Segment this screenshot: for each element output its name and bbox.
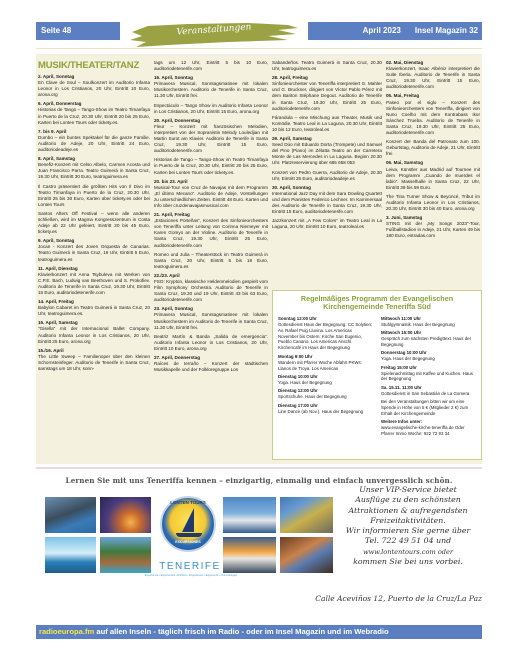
photo-clouds-sunset [222,536,277,574]
schedule-activity: Gespräch zum nächsten Predigttext. Haus … [381,336,471,347]
schedule-activity: Gottesdienst in San Sebastián de La Gome… [381,391,469,396]
boat-hull-icon [176,533,202,537]
event-description: Historias de Tango – Tango-Show im Teatr… [154,157,268,175]
vip-line: Wir informieren Sie gerne über [334,526,482,536]
sailboat-icon [182,508,194,532]
photo-pool-resort [99,536,152,574]
event-description: tags um 12 Uhr, Eintritt 5 bis 10 Euro, … [154,60,268,72]
event-description: FSO: Krypton, klassische Heldenmelodien … [154,279,268,303]
phone-line: Tel. 722 49 51 04 und [334,536,482,546]
event-item: 22./23. AprilFSO: Krypton, klassische He… [154,273,268,303]
event-item: 9. April, SonntagJocan - Konzert des Jov… [38,238,150,262]
event-item: 02. Mai, DienstagKlavierkonzert, Isaac A… [386,60,480,90]
event-description: Konzert der Banda del Patronato zum 100.… [386,139,480,157]
page-header: Seite 48 Veranstaltungen April 2023Insel… [36,22,482,42]
vip-line: Freizeitaktivitäten. [334,516,482,526]
event-item: 21. April, Freitag„Estaciones Porteñas“,… [154,212,268,249]
website-line[interactable]: www.lontentours.com oder [334,547,482,557]
event-item: Romeo und Julia – Theaterstück im Teatro… [154,252,268,270]
schedule-activity: Gottesdienst Haus der Begegnung: CC Soly… [278,322,372,351]
radio-footer-banner: radioeuropa.fm auf allen Inseln - täglic… [36,625,482,639]
event-description: Raíces de terraño – Konzert der städtisc… [154,361,268,373]
event-item: 8. April, SamstagBenefiz-Konzert mit Cel… [38,156,150,180]
schedule-activity: www.evangelische-kirche-teneriffa.de Ode… [381,425,465,436]
event-description: International Jazz Day mit dem Sara Dowl… [272,191,382,215]
event-list: 02. Mai, DienstagKlavierkonzert, Isaac A… [386,60,480,240]
schedule-activity: Stuhlgymnastik. Haus der Begegnung [381,322,455,327]
event-item: 11. April, DienstagKlavierkonzert mit An… [38,266,150,296]
event-description: Leiva, Künstler aus Madrid auf Tournee m… [386,167,480,191]
photo-paraglider-sunset [99,496,152,534]
event-description: „Estaciones Porteñas“, Konzert des Sinfo… [154,218,268,248]
church-schedule-item: Sonntag 12:00 UhrGottesdienst Haus der B… [278,316,373,351]
church-schedule-left: Sonntag 12:00 UhrGottesdienst Haus der B… [278,316,373,440]
column-1: MUSIK/THEATER/TANZ 2. April, SonntagEn C… [36,60,150,375]
church-schedule-item: Weitere Infos unter:www.evangelische-kir… [381,419,476,437]
event-description: Sinfonieorchester von Teneriffa interpre… [272,81,382,111]
event-item: 3. Juni, SamstagSTING mit der „My Songs … [386,215,480,239]
event-description: Sabandeños. Teatro Guimerá in Santa Cruz… [272,60,382,72]
event-item: The Tina Turner Show & Beyoncé, Tribut i… [386,194,480,212]
section-title: MUSIK/THEATER/TANZ [38,60,150,72]
vip-line: Ausflüge zu den schönsten [334,495,482,505]
event-item: Konzert der Banda del Patronato zum 100.… [386,139,480,157]
column-2: tags um 12 Uhr, Eintritt 5 bis 10 Euro, … [154,60,268,376]
event-item: 15. April, Samstag"Gisella" mit der Inte… [38,320,150,344]
event-item: 20. April, DonnerstagFleur – Konzert mit… [154,118,268,155]
lonten-tours-logo: LONTEN TOURS EXCURSIONES [160,496,216,552]
event-description: Historias de Tango – Tango-Show im Teatr… [38,107,150,125]
church-schedule-item: Dienstag 17:00 UhrLine Dance (ab Nov.). … [278,403,373,415]
event-description: Jocan - Konzert des Joven Orquesta de Ca… [38,244,150,262]
church-schedule-item: Dienstag 10:00 UhrYoga. Haus der Begegnu… [278,374,373,386]
event-item: Il Castro präsentiert die größten Hits v… [38,184,150,208]
event-item: 06. Mai, SamstagLeiva, Künstler aus Madr… [386,160,480,190]
schedule-activity: Wandern mit Pfarrer Woche Abfahrt PKWs: … [278,360,362,371]
event-item: 15./16. AprilThe Little Sweep – Familien… [38,348,150,372]
issue-info: April 2023Insel Magazin 32 [308,22,482,40]
vip-service-text: Unser VIP-Service bietet Ausflüge zu den… [334,485,482,567]
church-schedule-item: Donnerstag 10:00 UhrYoga. Haus der Begeg… [381,350,476,362]
event-item: 28. April, FreitagSinfonieorchester von … [272,75,382,112]
event-item: Konzert von Pedro Guerra, Auditorio de A… [272,170,382,182]
event-description: Santos Afters Off Festival – wenn alle a… [38,211,150,235]
event-item: 23. April, SonntagPrimavera Musical, Son… [154,306,268,330]
event-description: STING mit der „My Songs 2023“-Tour, Fußb… [386,221,480,239]
church-schedule-item: Freitag 15:00 UhrSpielenachmittag mit Ka… [381,365,476,383]
section-banner: Veranstaltungen [128,20,300,48]
photo-wave-splash [44,536,97,574]
header-divider [36,48,482,49]
event-description: "Gisella" mit der Internacional Ballet C… [38,326,150,344]
magazine-name: Insel Magazin 32 [415,26,478,35]
photo-jetski-coast [44,496,97,534]
church-schedule-item: Mittwoch 11:00 UhrStuhlgymnastik. Haus d… [381,316,476,328]
church-schedule-item: Mittwoch 15:00 UhrGespräch zum nächsten … [381,330,476,348]
church-schedule-right: Mittwoch 11:00 UhrStuhlgymnastik. Haus d… [381,316,476,440]
event-description: Klavierkonzert, Isaac Albéniz interpreti… [386,66,480,90]
event-item: Beatriz Martín & Banda „Salida de emerge… [154,334,268,352]
event-list: 2. April, SonntagEn Clave de Soul – Soul… [38,74,150,372]
column-3: Sabandeños. Teatro Guimerá in Santa Cruz… [272,60,382,233]
event-item: 6. April, DonnerstagHistorias de Tango –… [38,101,150,125]
church-program-title: Regelmäßiges Programm der Evangelischen … [278,295,476,312]
event-description: Fleur – Konzert mit französischen Melodi… [154,124,268,154]
photo-tour-van [279,496,334,534]
event-item: 14. April, FreitagBabylon Cabaret im Tea… [38,299,150,317]
church-title-line-2: Kirchengemeinde Teneriffa Süd [278,303,476,311]
logo-top-text: LONTEN TOURS [162,500,214,505]
event-item: Historias de Tango – Tango-Show im Teatr… [154,157,268,175]
event-description: Seed Dúo mit Eduardo Dorta (Trompete) un… [272,142,382,166]
event-item: 27. April, DonnerstagRaíces de terraño –… [154,355,268,373]
event-description: Primavera Musical, Sonntagsmatinee mit l… [154,81,268,99]
events-listing: MUSIK/THEATER/TANZ 2. April, SonntagEn C… [36,54,482,464]
event-description: Beatriz Martín & Banda „Salida de emerge… [154,334,268,352]
event-item: Fárandula – eine Mischung aus Theater, M… [272,115,382,133]
event-description: Paseo por el siglo – Konzert des Sinfoni… [386,100,480,137]
photo-sailboat [222,496,277,534]
event-item: tags um 12 Uhr, Eintritt 5 bis 10 Euro, … [154,60,268,72]
event-description: Primavera Musical, Sonntagsmatinee mit l… [154,312,268,330]
event-description: Fárandula – eine Mischung aus Theater, M… [272,115,382,133]
event-list: Sabandeños. Teatro Guimerá in Santa Cruz… [272,60,382,230]
vip-line: kommen Sie bei uns vorbei. [334,557,482,567]
church-schedule-item: Sa. 15.11. 11:00 UhrGottesdienst in San … [381,385,476,397]
event-description: Musical-Tour von Cruz de Navajas mit dem… [154,185,268,209]
event-description: Benefiz-Konzert mit Celso Albelo, Carmen… [38,162,150,180]
event-description: Konzert von Pedro Guerra, Auditorio de A… [272,170,382,182]
logo-bottom-text: EXCURSIONES [162,540,214,544]
church-schedule-item: Montag 9:00 UhrWandern mit Pfarrer Woche… [278,354,373,372]
schedule-activity: Line Dance (ab Nov.). Haus der Begegnung [278,409,363,414]
ad-divider [36,467,482,469]
event-item: Jazzkonzert mit „A Few Colors“ im Teatro… [272,218,382,230]
radio-brand-link[interactable]: radioeuropa.fm [39,627,94,636]
event-description: Babylon Cabaret im Teatro Guimerá in San… [38,305,150,317]
event-list: tags um 12 Uhr, Eintritt 5 bis 10 Euro, … [154,60,268,373]
event-item: 30. April, SonntagInternational Jazz Day… [272,185,382,215]
event-item: 16. April, SonntagPrimavera Musical, Son… [154,75,268,99]
church-schedule-item: Dienstag 12:00 UhrSportschuhe. Haus der … [278,388,373,400]
event-item: Sabandeños. Teatro Guimerá in Santa Cruz… [272,60,382,72]
vip-line: Attraktionen & aufregendsten [334,506,482,516]
experiences-line: Experiencia • Experiences • Erlebnis • E… [66,574,316,577]
event-item: Espectáculo – Tango Show im Auditorio In… [154,103,268,115]
event-item: Santos Afters Off Festival – wenn alle a… [38,211,150,235]
event-item: 29. April, SamstagSeed Dúo mit Eduardo D… [272,136,382,166]
schedule-activity: Spielenachmittag mit Kaffee und Kuchen. … [381,371,473,382]
lonten-tours-ad: Lernen Sie mit uns Teneriffa kennen – ei… [36,470,482,620]
page-number: Seite 48 [36,22,120,40]
event-description: Il Castro präsentiert die größten Hits v… [38,184,150,208]
address: Calle Aceviños 12, Puerto de la Cruz/La … [256,594,482,603]
church-schedule-item: Bei den Veranstaltungen bitten wir um ei… [381,399,476,417]
column-4: 02. Mai, DienstagKlavierkonzert, Isaac A… [386,60,480,243]
event-item: 2. April, SonntagEn Clave de Soul – Soul… [38,74,150,98]
church-program-box: Regelmäßiges Programm der Evangelischen … [272,290,482,460]
brand-tenerife: TENERIFE [156,561,224,572]
schedule-activity: Sportschuhe. Haus der Begegnung [278,394,347,399]
schedule-activity: Yoga. Haus der Begegnung [278,380,332,385]
event-description: Dumbo – ein buntes Spektakel für die gan… [38,135,150,153]
ad-tagline: Lernen Sie mit uns Teneriffa kennen – ei… [36,476,482,485]
footer-text: auf allen Inseln - täglich frisch im Rad… [94,627,388,636]
event-description: Klavierkonzert mit Anna Tsybuleva mit We… [38,272,150,296]
photo-hikers-rock-arch [279,536,334,574]
schedule-activity: Bei den Veranstaltungen bitten wir um ei… [381,399,468,416]
event-description: Espectáculo – Tango Show im Auditorio In… [154,103,268,115]
event-item: 20. bis 23. AprilMusical-Tour von Cruz d… [154,179,268,209]
event-description: En Clave de Soul – Soulkonzert im Audito… [38,80,150,98]
event-description: The Little Sweep – Familienoper über den… [38,354,150,372]
event-item: 7. bis 9. AprilDumbo – ein buntes Spekta… [38,129,150,153]
event-description: Romeo und Julia – Theaterstück im Teatro… [154,252,268,270]
issue-date: April 2023 [363,26,401,35]
vip-line: Unser VIP-Service bietet [334,485,482,495]
event-item: 05. Mai, FreitagPaseo por el siglo – Kon… [386,93,480,136]
event-description: The Tina Turner Show & Beyoncé, Tribut i… [386,194,480,212]
event-description: Jazzkonzert mit „A Few Colors“ im Teatro… [272,218,382,230]
schedule-activity: Yoga. Haus der Begegnung [381,356,435,361]
